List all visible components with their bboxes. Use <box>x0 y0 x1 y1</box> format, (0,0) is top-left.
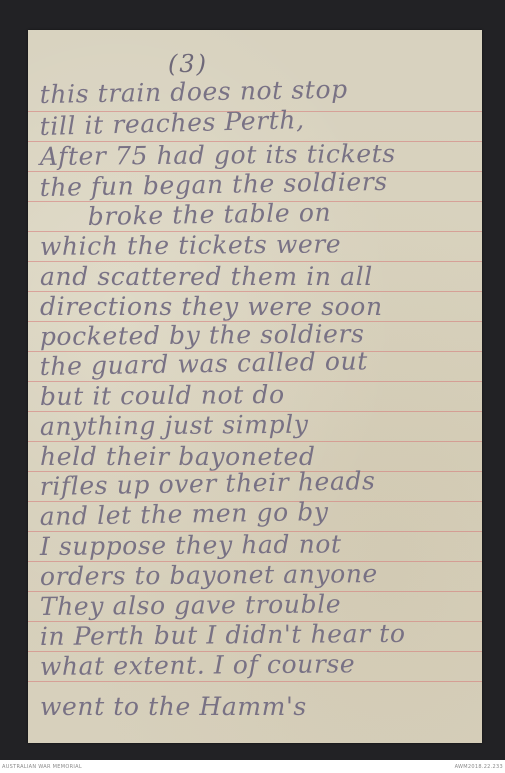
handwritten-line: broke the table on <box>87 198 331 231</box>
handwritten-line: the guard was called out <box>39 346 368 381</box>
handwritten-line: After 75 had got its tickets <box>40 139 396 171</box>
institution-credit: AUSTRALIAN WAR MEMORIAL <box>2 764 82 770</box>
handwritten-line: directions they were soon <box>40 292 383 321</box>
handwritten-line: orders to bayonet anyone <box>40 559 378 591</box>
handwritten-line: which the tickets were <box>40 229 342 261</box>
handwritten-line: but it could not do <box>40 380 285 411</box>
handwritten-line: rifles up over their heads <box>39 466 375 501</box>
handwritten-line: till it reaches Perth, <box>39 105 305 141</box>
handwritten-line: in Perth but I didn't hear to <box>40 619 406 651</box>
letter-page: (3) this train does not stop till it rea… <box>28 30 482 743</box>
handwritten-line: and let the men go by <box>39 497 328 531</box>
accession-number: AWM2018.22.233 <box>455 764 503 770</box>
footer-bar: AUSTRALIAN WAR MEMORIAL AWM2018.22.233 <box>0 760 505 773</box>
handwritten-line: this train does not stop <box>39 75 347 109</box>
handwritten-line: anything just simply <box>40 410 309 441</box>
handwritten-line: I suppose they had not <box>40 529 342 561</box>
page-number: (3) <box>168 50 208 78</box>
handwritten-line: and scattered them in all <box>40 262 373 291</box>
handwritten-line: what extent. I of course <box>40 649 356 681</box>
handwritten-line: went to the Hamm's <box>40 692 307 721</box>
ruled-line <box>28 681 482 682</box>
handwritten-line: held their bayoneted <box>40 442 316 471</box>
handwritten-line: the fun began the soldiers <box>39 167 387 202</box>
scan-background: (3) this train does not stop till it rea… <box>0 0 505 760</box>
handwritten-line: They also gave trouble <box>40 589 342 621</box>
